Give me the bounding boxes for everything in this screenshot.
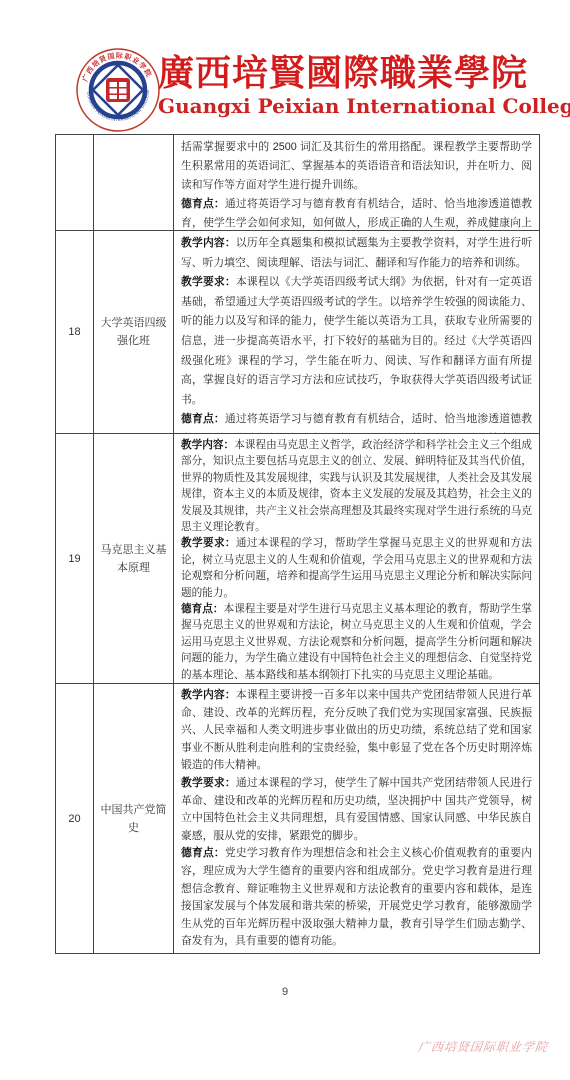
course-description-cell: 教学内容：本课程主要讲授一百多年以来中国共产党团结带领人民进行革命、建设、改革的… — [173, 684, 539, 953]
table-row: 括需掌握要求中的 2500 词汇及其衍生的常用搭配。课程教学主要帮助学生积累常用… — [56, 135, 539, 231]
description-paragraph: 教学内容：本课程由马克思主义哲学，政治经济学和科学社会主义三个组成部分，知识点主… — [181, 437, 532, 535]
course-number-cell: 20 — [56, 684, 93, 953]
description-paragraph: 教学内容：本课程主要讲授一百多年以来中国共产党团结带领人民进行革命、建设、改革的… — [181, 687, 532, 775]
college-name-chinese: 廣西培賢國際職業學院 — [158, 52, 510, 94]
paragraph-label: 教学要求： — [181, 777, 236, 789]
paragraph-label: 德育点： — [181, 198, 225, 210]
course-table: 括需掌握要求中的 2500 词汇及其衍生的常用搭配。课程教学主要帮助学生积累常用… — [55, 134, 540, 954]
paragraph-label: 教学要求： — [181, 276, 236, 288]
description-paragraph: 德育点：通过将英语学习与德育教育有机结合，适时、恰当地渗透道德教育，使学生学会如… — [181, 410, 532, 433]
college-title-block: 廣西培賢國際職業學院 Guangxi Peixian International… — [158, 52, 510, 118]
paragraph-label: 教学内容： — [181, 689, 236, 701]
paragraph-label: 教学内容： — [181, 237, 236, 249]
paragraph-label: 教学内容： — [181, 439, 234, 451]
table-row: 19 马克思主义基本原理 教学内容：本课程由马克思主义哲学，政治经济学和科学社会… — [56, 434, 539, 684]
course-name-cell: 大学英语四级强化班 — [93, 231, 173, 433]
college-watermark: 广西培贤国际职业学院 — [417, 1038, 549, 1055]
page-header: 广西培贤国际职业学院 GUANGXI PEIXIAN INTERNATIONAL… — [0, 46, 570, 134]
college-seal-icon: 广西培贤国际职业学院 GUANGXI PEIXIAN INTERNATIONAL… — [76, 48, 160, 132]
description-paragraph: 德育点：党史学习教育作为理想信念和社会主义核心价值观教育的重要内容，理应成为大学… — [181, 845, 532, 951]
page-number: 9 — [0, 986, 570, 998]
description-paragraph: 德育点：本课程主要是对学生进行马克思主义基本理论的教育，帮助学生掌握马克思主义的… — [181, 601, 532, 683]
paragraph-label: 德育点： — [181, 603, 224, 615]
course-description-cell: 教学内容：以历年全真题集和模拟试题集为主要教学资料，对学生进行听写、听力填空、阅… — [173, 231, 539, 433]
paragraph-label: 德育点： — [181, 847, 225, 859]
description-paragraph: 德育点：通过将英语学习与德育教育有机结合，适时、恰当地渗透道德教育，使学生学会如… — [181, 195, 532, 230]
course-number-cell — [56, 135, 93, 230]
course-number-cell: 19 — [56, 434, 93, 683]
course-name-cell — [93, 135, 173, 230]
course-description-cell: 括需掌握要求中的 2500 词汇及其衍生的常用搭配。课程教学主要帮助学生积累常用… — [173, 135, 539, 230]
course-description-cell: 教学内容：本课程由马克思主义哲学，政治经济学和科学社会主义三个组成部分，知识点主… — [173, 434, 539, 683]
paragraph-label: 教学要求： — [181, 537, 236, 549]
course-name-cell: 中国共产党简史 — [93, 684, 173, 953]
description-paragraph: 教学要求：通过本课程的学习，使学生了解中国共产党团结带领人民进行革命、建设和改革… — [181, 775, 532, 845]
table-row: 20 中国共产党简史 教学内容：本课程主要讲授一百多年以来中国共产党团结带领人民… — [56, 684, 539, 954]
description-paragraph: 括需掌握要求中的 2500 词汇及其衍生的常用搭配。课程教学主要帮助学生积累常用… — [181, 138, 532, 195]
course-number-cell: 18 — [56, 231, 93, 433]
course-name-cell: 马克思主义基本原理 — [93, 434, 173, 683]
document-page: 广西培贤国际职业学院 GUANGXI PEIXIAN INTERNATIONAL… — [0, 0, 570, 1080]
college-name-english: Guangxi Peixian International College — [158, 94, 510, 118]
description-paragraph: 教学要求：通过本课程的学习，帮助学生掌握马克思主义的世界观和方法论，树立马克思主… — [181, 535, 532, 601]
description-paragraph: 教学内容：以历年全真题集和模拟试题集为主要教学资料，对学生进行听写、听力填空、阅… — [181, 234, 532, 273]
paragraph-label: 德育点： — [181, 413, 225, 425]
college-logo: 广西培贤国际职业学院 GUANGXI PEIXIAN INTERNATIONAL… — [76, 48, 160, 132]
table-row: 18 大学英语四级强化班 教学内容：以历年全真题集和模拟试题集为主要教学资料，对… — [56, 231, 539, 434]
description-paragraph: 教学要求：本课程以《大学英语四级考试大纲》为依据，针对有一定英语基础，希望通过大… — [181, 273, 532, 410]
